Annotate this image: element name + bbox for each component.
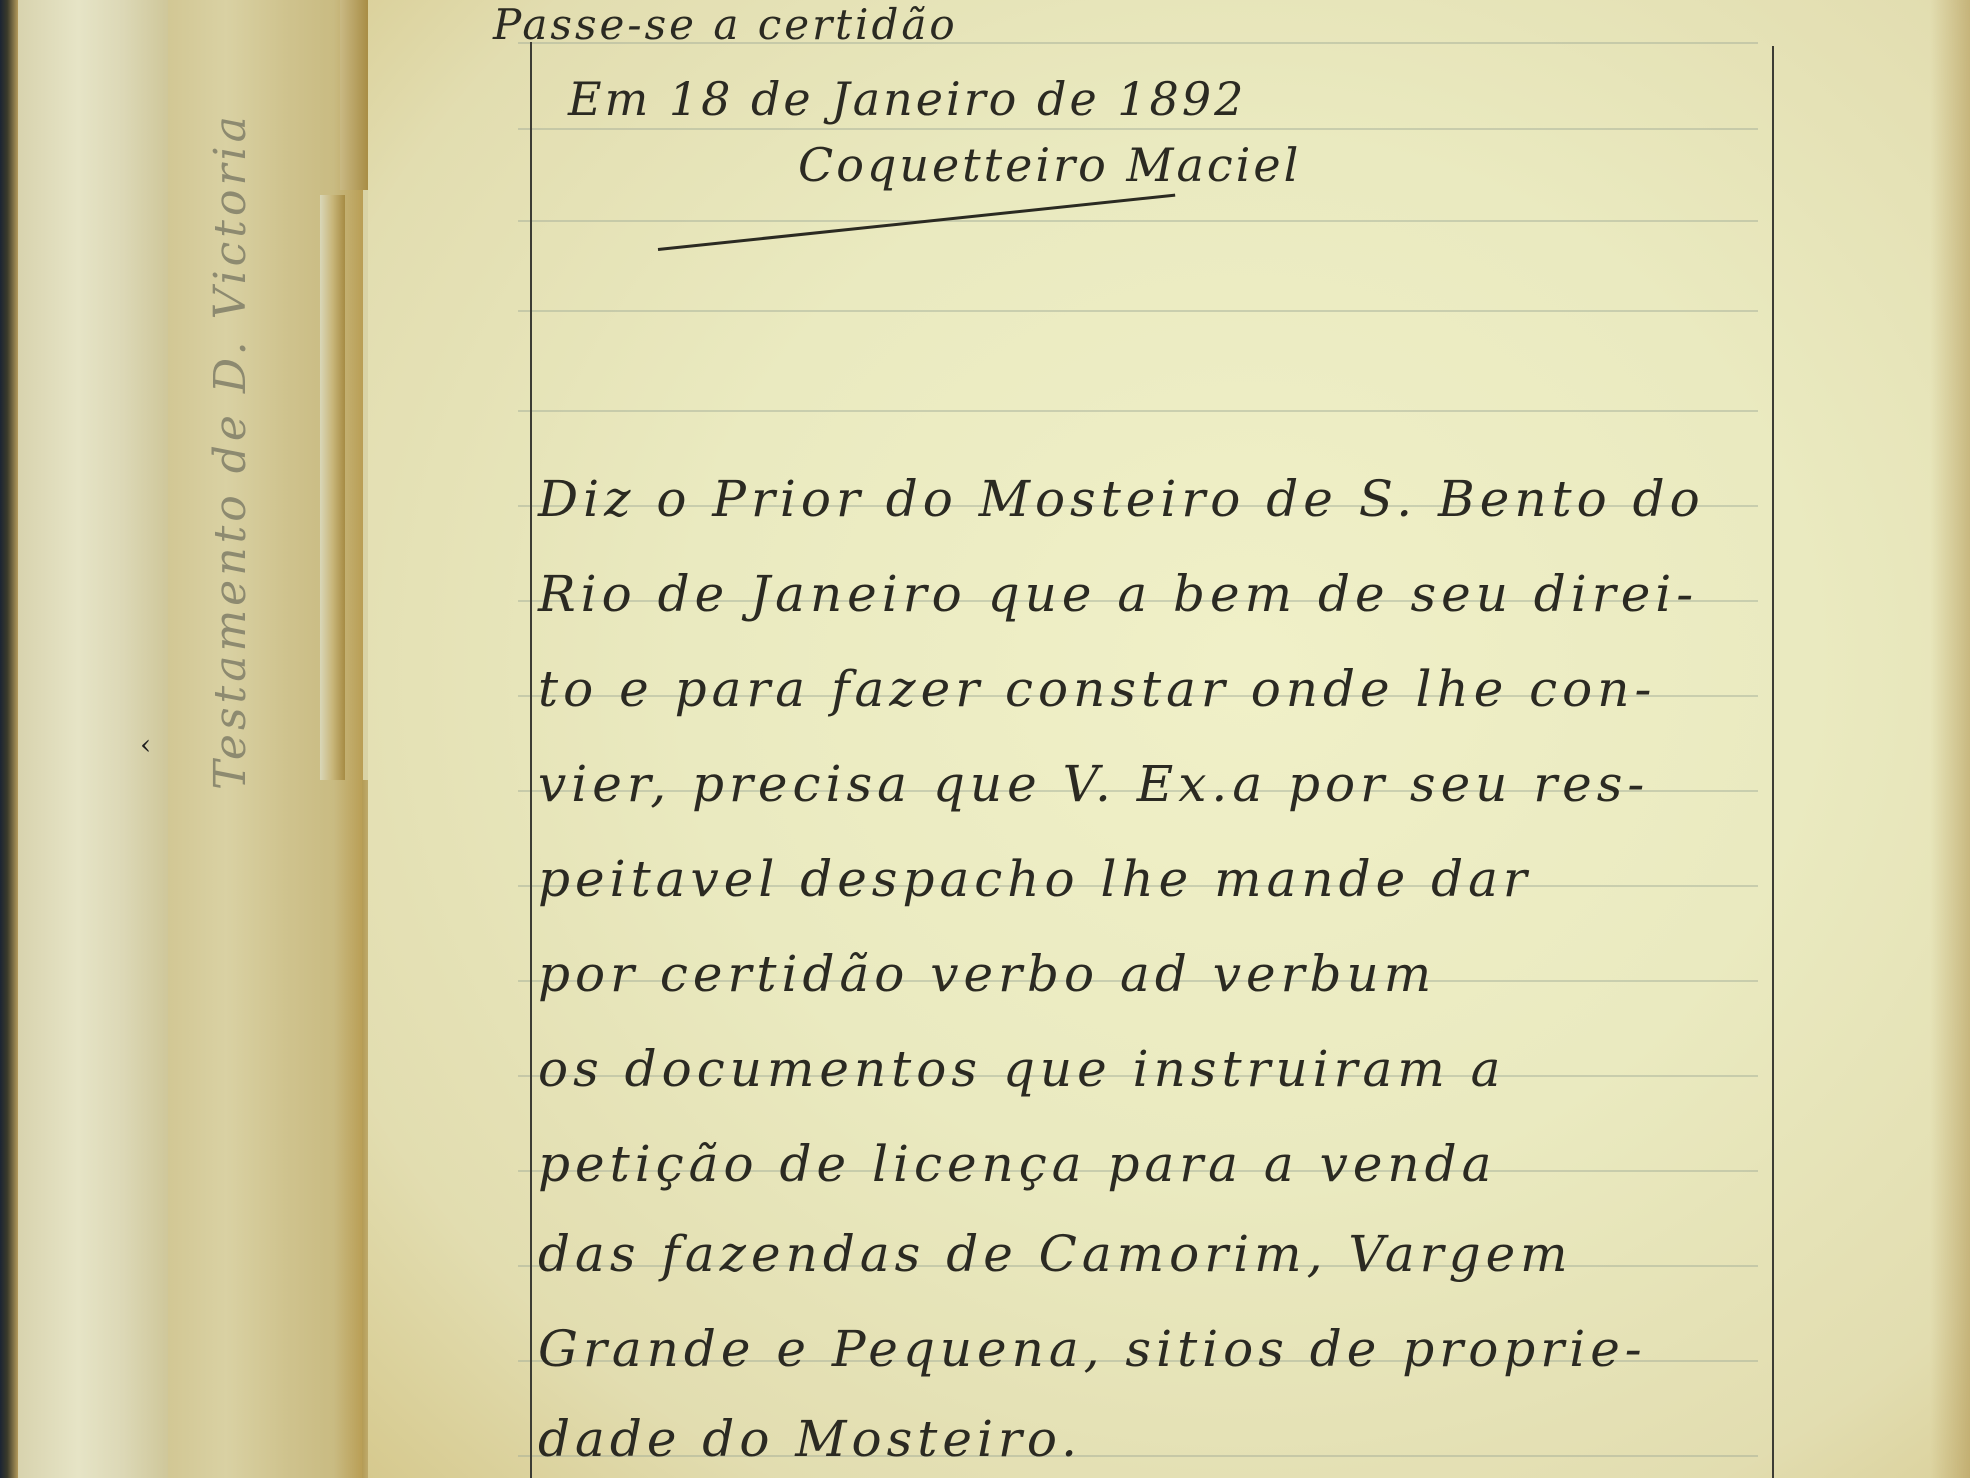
body-line: Grande e Pequena, sitios de proprie- — [538, 1320, 1647, 1378]
ruled-line — [518, 310, 1758, 312]
header-order: Passe-se a certidão — [493, 0, 958, 49]
body-line: das fazendas de Camorim, Vargem — [538, 1225, 1573, 1283]
body-line: vier, precisa que V. Ex.a por seu res- — [538, 755, 1649, 813]
signature-flourish — [658, 194, 1175, 251]
body-line: dade do Mosteiro. — [538, 1410, 1082, 1468]
body-line: Rio de Janeiro que a bem de seu direi- — [538, 565, 1698, 623]
page-fold-middle — [320, 195, 345, 780]
body-line: petição de licença para a venda — [538, 1135, 1496, 1193]
arrow-mark-icon: ‹ — [140, 728, 151, 761]
page-fold-top — [340, 0, 368, 190]
body-line: por certidão verbo ad verbum — [538, 945, 1436, 1003]
ruled-line — [518, 220, 1758, 222]
header-signature: Coquetteiro Maciel — [798, 138, 1301, 192]
margin-note: Testamento de D. Victoria — [205, 112, 256, 790]
manuscript-page: Passe-se a certidão Em 18 de Janeiro de … — [368, 0, 1970, 1478]
body-line: Diz o Prior do Mosteiro de S. Bento do — [538, 470, 1705, 528]
ruled-line — [518, 128, 1758, 130]
body-line: peitavel despacho lhe mande dar — [538, 850, 1532, 908]
header-date: Em 18 de Janeiro de 1892 — [568, 72, 1246, 126]
right-margin-line — [1772, 46, 1774, 1478]
body-line: os documentos que instruiram a — [538, 1040, 1505, 1098]
left-margin-line — [530, 42, 532, 1478]
ruled-line — [518, 410, 1758, 412]
body-line: to e para fazer constar onde lhe con- — [538, 660, 1656, 718]
book-binding-edge — [0, 0, 18, 1478]
